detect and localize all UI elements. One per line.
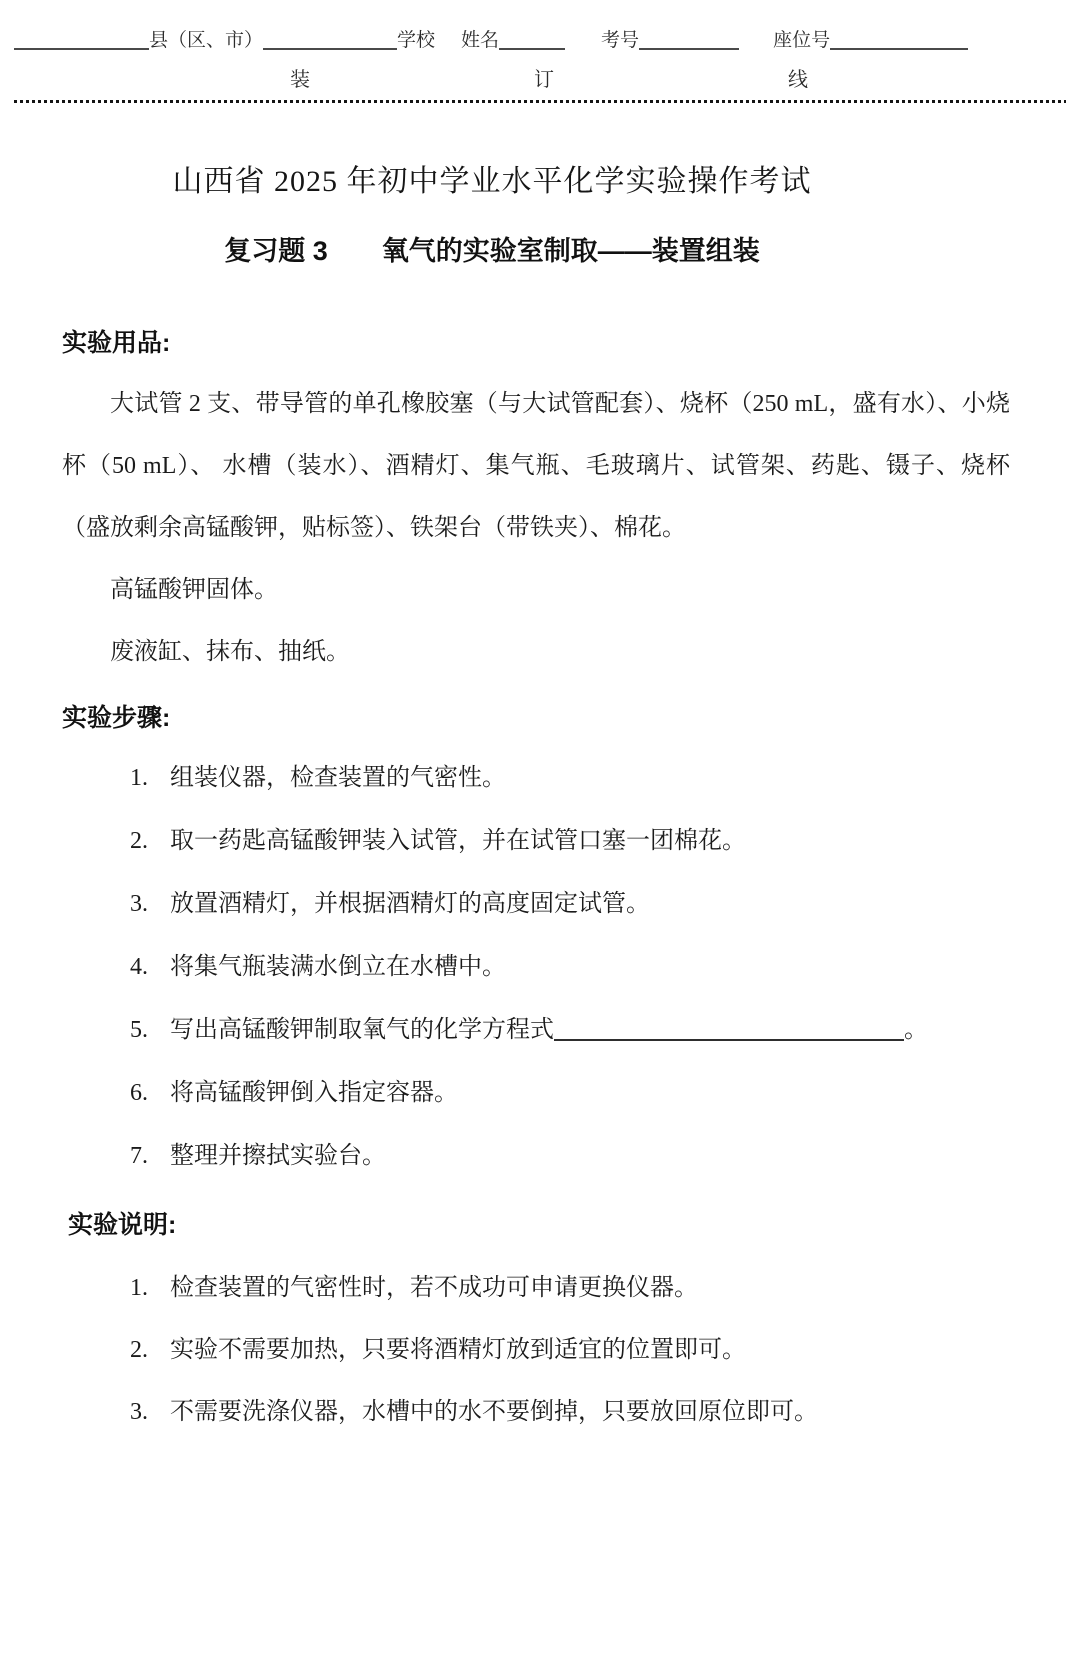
name-label: 姓名 [461,30,499,51]
note-number: 2. [130,1337,160,1363]
seat-no-blank-line [830,32,968,50]
doc-subtitle: 复习题 3 氧气的实验室制取——装置组装 [62,233,922,269]
note-number: 1. [130,1275,160,1301]
step-item: 3.放置酒精灯，并根据酒精灯的高度固定试管。 [130,891,1010,917]
binding-dotted-separator [14,100,1066,103]
step-text: 整理并擦拭实验台。 [170,1143,386,1169]
note-text: 实验不需要加热，只要将酒精灯放到适宜的位置即可。 [170,1337,746,1363]
school-label: 学校 [397,30,435,51]
supplies-heading: 实验用品: [62,328,1010,358]
school-blank-line [263,32,397,50]
step-text: 放置酒精灯，并根据酒精灯的高度固定试管。 [170,891,650,917]
supplies-paragraph: 大试管 2 支、带导管的单孔橡胶塞（与大试管配套）、烧杯（250 mL，盛有水）… [62,373,1010,559]
step-item: 6.将高锰酸钾倒入指定容器。 [130,1080,1010,1106]
step-item: 2.取一药匙高锰酸钾装入试管，并在试管口塞一团棉花。 [130,828,1010,854]
note-item: 1.检查装置的气密性时，若不成功可申请更换仪器。 [130,1275,1010,1301]
binding-line-row: 装 订 线 [14,56,1066,100]
step-number: 7. [130,1143,160,1169]
exam-paper-page: 县（区、市）学校姓名考号座位号 装 订 线 山西省 2025 年初中学业水平化学… [0,0,1080,1677]
note-text: 不需要洗涤仪器，水槽中的水不要倒掉，只要放回原位即可。 [170,1399,818,1425]
header-info-row: 县（区、市）学校姓名考号座位号 [14,26,1066,56]
note-item: 3.不需要洗涤仪器，水槽中的水不要倒掉，只要放回原位即可。 [130,1399,1010,1425]
title-block: 山西省 2025 年初中学业水平化学实验操作考试 复习题 3 氧气的实验室制取—… [62,161,1010,269]
step-text: 组装仪器，检查装置的气密性。 [170,765,506,791]
step-item: 7.整理并擦拭实验台。 [130,1143,1010,1169]
step-text: 取一药匙高锰酸钾装入试管，并在试管口塞一团棉花。 [170,828,746,854]
step-item: 5.写出高锰酸钾制取氧气的化学方程式。 [130,1017,1010,1043]
supplies-misc-text: 废液缸、抹布、抽纸。 [62,621,1010,683]
binding-char-ding: 订 [534,63,554,92]
paper-header: 县（区、市）学校姓名考号座位号 装 订 线 [0,0,1080,103]
step-item: 1.组装仪器，检查装置的气密性。 [130,765,1010,791]
seat-no-label: 座位号 [773,30,830,51]
step-number: 2. [130,828,160,854]
notes-list: 1.检查装置的气密性时，若不成功可申请更换仪器。 2.实验不需要加热，只要将酒精… [62,1275,1010,1425]
note-text: 检查装置的气密性时，若不成功可申请更换仪器。 [170,1275,698,1301]
steps-heading: 实验步骤: [62,703,1010,733]
step-number: 1. [130,765,160,791]
equation-blank-line [554,1021,904,1041]
step-text: 将集气瓶装满水倒立在水槽中。 [170,954,506,980]
binding-char-xian: 线 [788,63,808,92]
supplies-section: 大试管 2 支、带导管的单孔橡胶塞（与大试管配套）、烧杯（250 mL，盛有水）… [62,373,1010,683]
exam-no-blank-line [639,32,739,50]
name-blank-line [499,32,565,50]
step-number: 5. [130,1017,160,1043]
step-number: 3. [130,891,160,917]
document-body: 山西省 2025 年初中学业水平化学实验操作考试 复习题 3 氧气的实验室制取—… [0,161,1080,1425]
county-label: 县（区、市） [149,30,263,51]
step-suffix: 。 [904,1017,928,1043]
step-number: 6. [130,1080,160,1106]
step-item: 4.将集气瓶装满水倒立在水槽中。 [130,954,1010,980]
note-item: 2.实验不需要加热，只要将酒精灯放到适宜的位置即可。 [130,1337,1010,1363]
step-number: 4. [130,954,160,980]
notes-heading: 实验说明: [68,1210,1010,1240]
exam-no-label: 考号 [601,30,639,51]
note-number: 3. [130,1399,160,1425]
supplies-solid-text: 高锰酸钾固体。 [62,559,1010,621]
step-text: 写出高锰酸钾制取氧气的化学方程式 [170,1017,554,1043]
binding-char-zhuang: 装 [290,63,310,92]
steps-list: 1.组装仪器，检查装置的气密性。 2.取一药匙高锰酸钾装入试管，并在试管口塞一团… [62,765,1010,1169]
county-blank-line [14,32,149,50]
doc-title: 山西省 2025 年初中学业水平化学实验操作考试 [62,161,922,203]
step-text: 将高锰酸钾倒入指定容器。 [170,1080,458,1106]
